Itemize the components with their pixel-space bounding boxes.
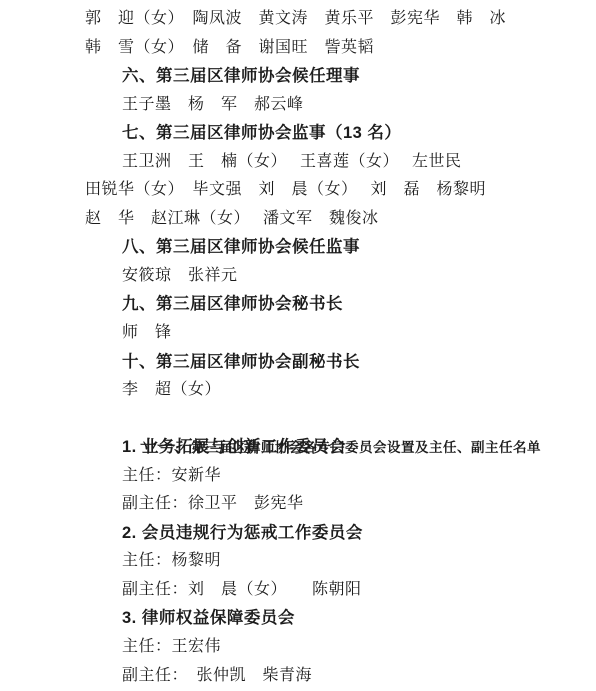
names-line: 师 锋 bbox=[85, 319, 596, 348]
names-line: 安筱琼 张祥元 bbox=[85, 262, 596, 291]
committee-heading-2: 2. 会员违规行为惩戒工作委员会 bbox=[85, 519, 596, 548]
section-heading-10: 十、第三届区律师协会副秘书长 bbox=[85, 348, 596, 377]
names-line: 赵 华 赵江琳（女） 潘文军 魏俊冰 bbox=[85, 205, 596, 234]
names-line: 田锐华（女） 毕文强 刘 晨（女） 刘 磊 杨黎明 bbox=[85, 176, 596, 205]
role-line-director: 主任：安新华 bbox=[85, 462, 596, 491]
section-heading-11: 十一、第三届区律师协会各专门委员会设置及主任、副主任名单 bbox=[85, 405, 596, 434]
role-line-director: 主任：王宏伟 bbox=[85, 633, 596, 662]
document-page: 郭 迎（女） 陶凤波 黄文涛 黄乐平 彭宪华 韩 冰 韩 雪（女） 储 备 谢国… bbox=[0, 0, 596, 691]
names-line: 王卫洲 王 楠（女） 王喜莲（女） 左世民 bbox=[85, 148, 596, 177]
names-line: 李 超（女） bbox=[85, 376, 596, 405]
committee-heading-3: 3. 律师权益保障委员会 bbox=[85, 604, 596, 633]
role-line-director: 主任：杨黎明 bbox=[85, 547, 596, 576]
section-heading-8: 八、第三届区律师协会候任监事 bbox=[85, 233, 596, 262]
section-heading-6: 六、第三届区律师协会候任理事 bbox=[85, 62, 596, 91]
section-heading-9: 九、第三届区律师协会秘书长 bbox=[85, 290, 596, 319]
names-line: 郭 迎（女） 陶凤波 黄文涛 黄乐平 彭宪华 韩 冰 bbox=[85, 5, 596, 34]
role-line-deputy: 副主任：徐卫平 彭宪华 bbox=[85, 490, 596, 519]
names-line: 韩 雪（女） 储 备 谢国旺 訾英韬 bbox=[85, 34, 596, 63]
names-line: 王子墨 杨 军 郝云峰 bbox=[85, 91, 596, 120]
section-heading-7: 七、第三届区律师协会监事（13 名） bbox=[85, 119, 596, 148]
role-line-deputy: 副主任：刘 晨（女） 陈朝阳 bbox=[85, 576, 596, 605]
role-line-deputy: 副主任： 张仲凯 柴青海 bbox=[85, 662, 596, 691]
